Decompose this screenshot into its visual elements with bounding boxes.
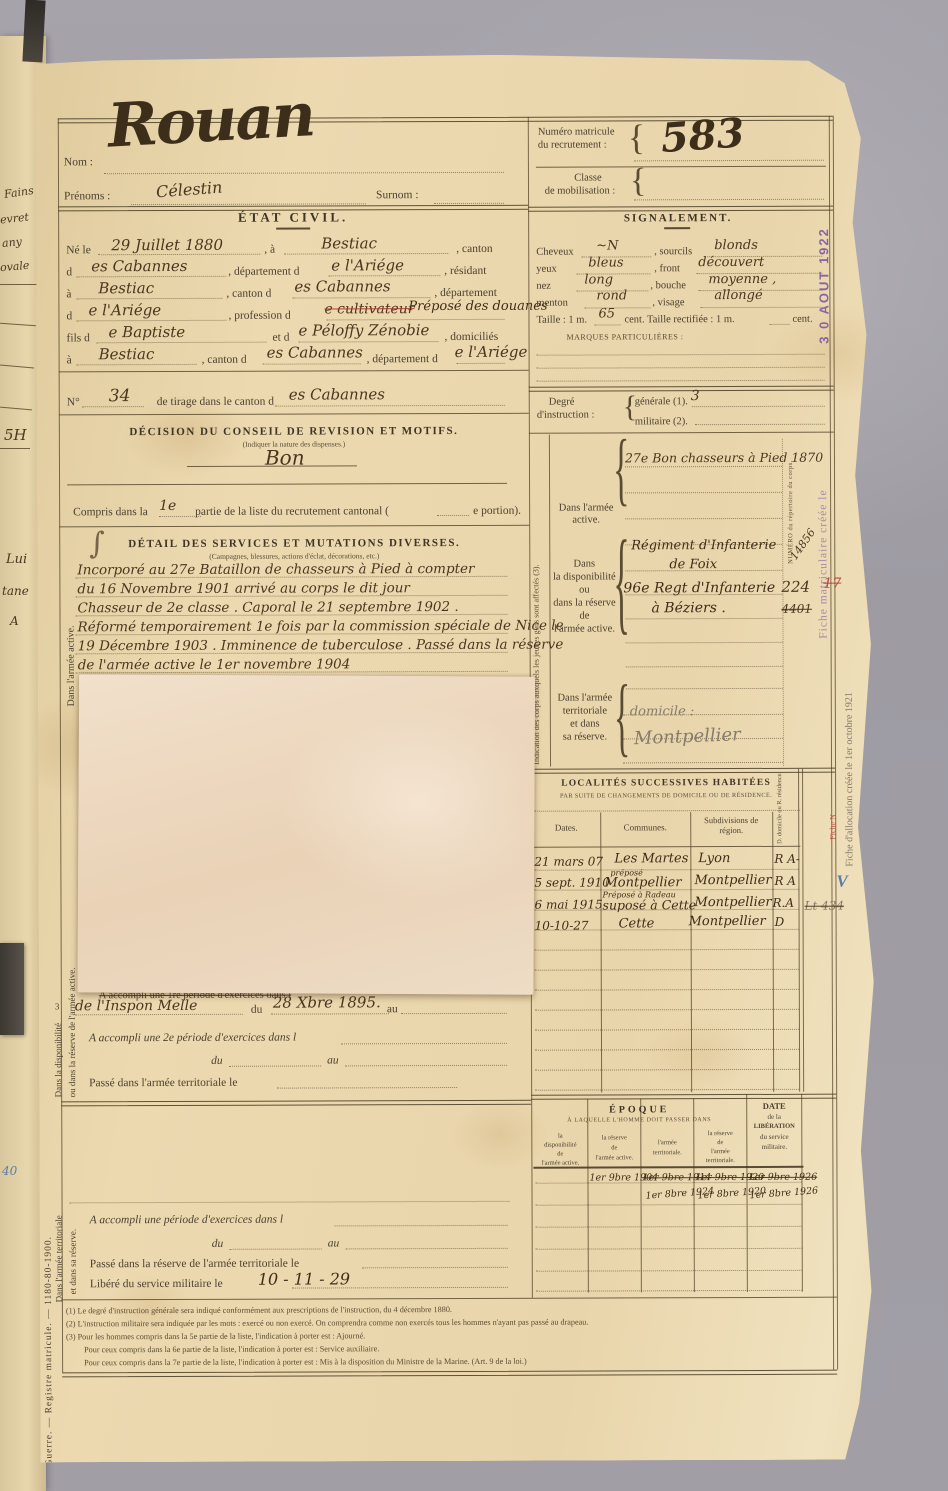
- epoque-date-l1: DATE: [747, 1102, 801, 1112]
- dark-bookmark-top: [22, 0, 45, 62]
- terr-p3: Libéré du service militaire le: [90, 1278, 223, 1292]
- services-line2: du 16 Novembre 1901 arrivé au corps le d…: [77, 580, 409, 597]
- tirage-number: 34: [109, 386, 131, 406]
- sig-nez-value: long: [584, 272, 613, 287]
- rule: [535, 1089, 799, 1091]
- loc-r2-dr: R A: [774, 874, 796, 888]
- corps-s2-l5: de: [551, 610, 617, 622]
- epoque-c4-l1: la réserve: [695, 1130, 745, 1138]
- rule: [626, 688, 783, 690]
- etat-r4-struck-value: e cultivateur: [324, 301, 414, 317]
- footnote-5: Pour ceux compris dans la 7e partie de l…: [84, 1356, 832, 1368]
- rule: [230, 1248, 322, 1249]
- blue-check-v: V: [836, 872, 847, 892]
- rule: [335, 1225, 508, 1227]
- sig-taille-end: cent.: [792, 314, 812, 326]
- etat-r1-label: Né le: [66, 244, 91, 257]
- decision-title: DÉCISION DU CONSEIL DE REVISION ET MOTIF…: [59, 425, 529, 439]
- classe-label: Classe: [548, 172, 628, 184]
- loc-r4-subdiv: Montpellier: [689, 914, 766, 929]
- etat-r5-label: fils d: [67, 332, 90, 345]
- rule: [284, 253, 448, 255]
- rule: [59, 525, 529, 528]
- instr-gen-label: générale (1).: [635, 396, 688, 408]
- epoque-c2-l1: la réserve: [589, 1134, 639, 1142]
- rule: [362, 1267, 508, 1269]
- edge-fragment: ovale: [0, 259, 30, 275]
- footnote-2: (2) L'instruction militaire sera indiqué…: [66, 1317, 832, 1329]
- sig-visage-label: , visage: [652, 297, 684, 309]
- reserve-hw1: de l'Inspon Melle: [75, 998, 198, 1014]
- etat-r6-mid: , canton d: [202, 354, 247, 367]
- rule-vertical: [802, 769, 804, 1092]
- services-line4: Réformé temporairement 1e fois par la co…: [78, 618, 564, 636]
- corps-num2: 224: [781, 578, 810, 596]
- rule: [769, 324, 789, 325]
- rule-vertical: [640, 1098, 642, 1292]
- edge-fragment-blue: 40: [2, 1164, 17, 1178]
- terr-liberation-date: 10 - 11 - 29: [258, 1269, 350, 1288]
- corps-s2-value1: Régiment d'Infanterie: [631, 538, 776, 554]
- rule: [695, 424, 825, 425]
- edge-rule: [0, 284, 38, 285]
- rule: [623, 762, 783, 764]
- rule: [328, 275, 440, 276]
- edge-fragment: tane: [2, 584, 29, 598]
- reserve-au2: au: [327, 1054, 339, 1067]
- decision-value: Bon: [265, 446, 305, 470]
- epoque-c2-l3: l'armée active.: [589, 1154, 639, 1162]
- flourish: ∫: [89, 526, 105, 561]
- etat-r2-label: d: [66, 266, 72, 279]
- rule: [700, 307, 822, 308]
- compris-label: Compris dans la: [73, 506, 148, 519]
- etat-r2-value1: es Cabannes: [91, 257, 187, 275]
- reserve-p2: A accompli une 2e période d'exercices da…: [89, 1032, 296, 1046]
- etat-r6-value3: e l'Ariége: [455, 343, 528, 361]
- etat-r5-value2: e Péloffy Zénobie: [298, 321, 429, 339]
- etat-r3-value1: Bestiac: [98, 279, 154, 297]
- epoque-c2-l2: de: [589, 1144, 639, 1152]
- marques-label: MARQUES PARTICULIÈRES :: [567, 332, 684, 341]
- rule: [625, 466, 782, 468]
- rule: [67, 483, 507, 486]
- rule: [532, 846, 800, 848]
- vert-label-reserve-1: Dans la disponibilité: [53, 922, 64, 1097]
- rule: [535, 969, 799, 971]
- rule: [61, 1100, 531, 1106]
- matricule-label2: du recrutement :: [538, 139, 628, 151]
- rule: [537, 354, 825, 356]
- etat-r2-value2: e l'Ariége: [331, 256, 404, 274]
- blank-paper-slip-overlay: [77, 674, 535, 994]
- etat-r1-value2: Bestiac: [321, 234, 377, 252]
- rule: [534, 869, 798, 871]
- rule: [59, 413, 529, 416]
- epoque-c3-l1: l'armée: [642, 1139, 692, 1147]
- rule: [76, 320, 226, 322]
- rule: [536, 166, 826, 168]
- vert-label-terr-2: et dans sa réserve.: [67, 1164, 78, 1294]
- sig-taille-rect: cent. Taille rectifiée : 1 m.: [624, 314, 734, 326]
- corps-s2-l3: ou: [551, 584, 617, 596]
- instr-mil-label: militaire (2).: [635, 416, 688, 428]
- epoque-v5-old: 1er 9bre 1926: [748, 1172, 817, 1183]
- rule: [299, 341, 439, 342]
- rule: [275, 405, 505, 407]
- rule: [346, 1248, 508, 1250]
- etat-r2-end: , résidant: [444, 265, 486, 278]
- rule: [263, 363, 361, 364]
- rule: [76, 276, 226, 278]
- etat-r1-end: , canton: [456, 243, 492, 256]
- vert-label-armee-active: Dans l'armée active.: [65, 546, 77, 706]
- loc-r2-date: 5 sept. 1910: [534, 875, 609, 889]
- matricule-value: 583: [659, 109, 746, 162]
- red-number-17: 17: [823, 576, 841, 592]
- etat-r3-value2: es Cabannes: [294, 277, 390, 295]
- loc-r4-date: 10-10-27: [535, 919, 589, 933]
- corps-s3-l4: sa réserve.: [552, 731, 618, 743]
- stamp-fiche-red-fragment: Fiche N: [828, 780, 837, 840]
- matricule-sheet: Guerre. — Registre matricule. — 1180-80-…: [36, 54, 881, 1463]
- terr-du: du: [212, 1238, 224, 1251]
- tirage-label: N°: [67, 396, 80, 409]
- rule-vertical: [833, 116, 838, 1370]
- corps-s2-l1: Dans: [551, 558, 617, 570]
- sig-visage-value: allongé: [714, 288, 762, 303]
- vert-label-terr-1: Dans l'armée territoriale: [53, 1152, 64, 1302]
- terr-p1: A accompli une période d'exercices dans …: [90, 1214, 283, 1228]
- epoque-c4-l4: territoriale.: [695, 1157, 745, 1165]
- etat-civil-title: ÉTAT CIVIL.: [58, 209, 528, 227]
- loc-r1-date: 21 mars 07: [534, 854, 603, 868]
- services-subtitle: (Campagnes, blessures, actions d'éclat, …: [59, 551, 529, 562]
- pencil-434-struck: Lt 434: [804, 899, 844, 913]
- rule: [537, 380, 825, 382]
- rule: [341, 1043, 507, 1045]
- edge-fragment: 5H: [4, 426, 27, 444]
- rule: [271, 1013, 389, 1014]
- reserve-du1: du: [251, 1004, 263, 1017]
- prenoms-value: Célestin: [155, 178, 223, 202]
- instr-label2: d'instruction :: [537, 410, 595, 422]
- stamp-date-1922: 3 0 AOUT 1922: [816, 234, 831, 344]
- sig-cheveux-value: ∼N: [596, 238, 618, 253]
- epoque-subtitle: À LAQUELLE L'HOMME DOIT PASSER DANS: [533, 1117, 745, 1124]
- sig-menton-label: menton: [536, 298, 568, 310]
- sig-menton-value: rond: [596, 288, 627, 303]
- etat-r3-label: à: [66, 288, 71, 301]
- rule: [277, 1087, 457, 1089]
- rule: [625, 518, 782, 520]
- rule: [97, 342, 267, 344]
- etat-r4-label: d: [66, 310, 72, 323]
- epoque-date-l3: LIBÉRATION: [747, 1123, 801, 1131]
- loc-r3-subdiv: Montpellier: [694, 895, 771, 910]
- epoque-c4-l2: de: [695, 1139, 745, 1147]
- rule-vertical: [798, 769, 800, 1092]
- services-line3: Chasseur de 2e classe . Caporal le 21 se…: [77, 599, 458, 616]
- etat-r3-mid: , canton d: [226, 288, 271, 301]
- etat-r1-mid: , à: [264, 244, 275, 257]
- prenoms-label: Prénoms :: [64, 190, 110, 203]
- rule: [537, 367, 825, 369]
- etat-r2-mid: , département d: [228, 266, 299, 279]
- localites-h-subdiv: Subdivisions de région.: [692, 816, 770, 836]
- corps-s3-value1: domicile :: [630, 704, 694, 719]
- sig-taille-value: 65: [598, 306, 615, 321]
- corps-s3-l2: territoriale: [552, 705, 618, 717]
- rule: [536, 1270, 802, 1272]
- rule: [62, 1370, 837, 1377]
- localites-h-dates: Dates.: [534, 823, 598, 834]
- matricule-brace: {: [628, 116, 645, 158]
- rule: [594, 324, 620, 325]
- rule: [345, 1065, 507, 1067]
- etat-r4-value1: e l'Ariége: [88, 301, 161, 319]
- sig-sourcils-value: blonds: [714, 238, 758, 253]
- etat-r4-value2: Préposé des douanes: [408, 299, 547, 314]
- rule: [626, 642, 783, 644]
- title-underline: [276, 228, 310, 230]
- footnote-4: Pour ceux compris dans la 6e partie de l…: [84, 1343, 832, 1355]
- corps-s2-value2: de Foix: [669, 557, 717, 572]
- epoque-c3-l2: territoriale.: [642, 1149, 692, 1157]
- sig-front-value: découvert: [698, 255, 764, 270]
- rule: [535, 1069, 799, 1071]
- etat-r6-value2: es Cabannes: [267, 343, 363, 361]
- sig-yeux-label: yeux: [536, 264, 556, 276]
- sig-cheveux-label: Cheveux: [536, 247, 573, 259]
- localites-subtitle: PAR SUITE DE CHANGEMENTS DE DOMICILE OU …: [532, 792, 800, 800]
- loc-r2-commune: Montpellier: [604, 875, 681, 890]
- services-title: DÉTAIL DES SERVICES ET MUTATIONS DIVERSE…: [59, 537, 529, 551]
- corps-s2-l6: l'armée active.: [552, 623, 618, 635]
- edge-rule: [0, 448, 30, 449]
- vert-label-reserve-2: ou dans la réserve de l'armée active.: [67, 902, 78, 1097]
- corps-s2-value3: 96e Regt d'Infanterie: [623, 580, 775, 597]
- services-line6: de l'armée active le 1er novembre 1904: [78, 656, 351, 673]
- localites-h-communes: Communes.: [602, 822, 688, 833]
- corps-s2-l2: la disponibilité: [551, 571, 617, 583]
- corps-s3-l1: Dans l'armée: [552, 692, 618, 704]
- localites-h-dr: D. domicile ou R. résidence.: [776, 772, 784, 844]
- loc-r4-dr: D: [775, 915, 785, 929]
- epoque-c1-l1: la: [535, 1133, 585, 1141]
- rule: [529, 432, 834, 434]
- epoque-title: ÉPOQUE: [533, 1104, 745, 1116]
- reserve-p3: Passé dans l'armée territoriale le: [89, 1077, 237, 1091]
- edge-fragment: Fains: [3, 184, 34, 201]
- sig-sourcils-label: , sourcils: [654, 246, 692, 258]
- rule: [625, 492, 782, 494]
- rule: [70, 1201, 510, 1204]
- edge-fragment: any: [1, 235, 22, 250]
- compris-value: 1e: [159, 498, 176, 514]
- etat-r6-label: à: [67, 354, 72, 367]
- tirage-text: de tirage dans le canton d: [157, 396, 274, 410]
- sig-bouche-label: , bouche: [650, 280, 686, 292]
- etat-r6-value1: Bestiac: [99, 345, 155, 363]
- instr-gen-value: 3: [691, 388, 700, 404]
- etat-r5-value1: e Baptiste: [108, 323, 185, 341]
- edge-fragment: A: [10, 614, 19, 628]
- services-line5: 19 Décembre 1903 . Imminence de tubercul…: [78, 637, 564, 655]
- rule: [401, 1013, 507, 1014]
- epoque-date-l2: de la: [747, 1113, 801, 1121]
- sig-front-label: , front: [654, 263, 680, 275]
- compris-text: partie de la liste du recrutement canton…: [195, 505, 389, 519]
- reserve-au1: au: [387, 1003, 398, 1016]
- rule: [535, 949, 799, 951]
- reserve-hw2: 28 Xbre 1895.: [273, 993, 381, 1011]
- matricule-label: Numéro matricule: [538, 126, 628, 138]
- loc-r4-commune: Cette: [619, 916, 655, 931]
- epoque-c1-l3: de: [535, 1151, 585, 1159]
- stamp-fiche-allocation: Fiche d'allocation créée le 1er octobre …: [843, 522, 855, 867]
- classe-brace: {: [630, 162, 646, 200]
- compris-end: e portion).: [473, 505, 521, 518]
- rule: [535, 1049, 799, 1051]
- loc-r3-dr: R.A: [772, 896, 794, 910]
- rule: [529, 386, 834, 392]
- rule: [535, 1009, 799, 1011]
- rule: [530, 768, 835, 774]
- loc-r3-commune: suposé à Cette: [602, 897, 696, 912]
- rule: [536, 1290, 802, 1292]
- services-line1: Incorporé au 27e Bataillon de chasseurs …: [77, 561, 474, 578]
- rule: [536, 1226, 802, 1228]
- terr-au: au: [328, 1237, 340, 1250]
- rule: [59, 370, 529, 373]
- edge-rule: [0, 407, 32, 411]
- localites-title: LOCALITÉS SUCCESSIVES HABITÉES: [532, 778, 800, 789]
- epoque-date-l5: militaire.: [747, 1143, 801, 1151]
- edge-rule: [0, 323, 36, 327]
- loc-r2-subdiv: Montpellier: [694, 873, 771, 888]
- nom-label: Nom :: [64, 156, 93, 169]
- rule: [626, 618, 783, 620]
- loc-r1-commune: Les Martes: [614, 851, 688, 866]
- epoque-c4-l3: l'armée: [695, 1148, 745, 1156]
- dark-tab-left: [0, 943, 24, 1035]
- sig-bouche-value: moyenne ,: [708, 272, 776, 287]
- rule: [76, 298, 222, 300]
- rule: [104, 172, 504, 174]
- edge-fragment: Lui: [6, 552, 27, 567]
- loc-r1-dr: R A-: [774, 852, 800, 866]
- rule-vertical: [587, 1099, 589, 1293]
- etat-r4-mid: , profession d: [228, 310, 290, 323]
- sig-nez-label: nez: [536, 281, 551, 293]
- edge-rule: [0, 365, 34, 369]
- reserve-du2: du: [211, 1055, 223, 1068]
- rule: [82, 406, 144, 407]
- title-underline: [664, 227, 690, 229]
- footnote-1: (1) Le degré d'instruction générale sera…: [66, 1304, 832, 1316]
- rule: [584, 307, 650, 308]
- corps-s1-value: 27e Bon chasseurs à Pied 1870: [625, 450, 823, 466]
- rule: [437, 515, 469, 516]
- corps-s3-l3: et dans: [552, 718, 618, 730]
- corps-s2-value4: à Béziers .: [651, 600, 725, 616]
- rule: [531, 1094, 836, 1100]
- etat-r1-value1: 29 Juillet 1880: [111, 236, 223, 254]
- loc-r1-subdiv: Lyon: [698, 851, 730, 866]
- epoque-c1-l4: l'armée active.: [535, 1160, 585, 1168]
- scanned-register-page: Fains evret any ovale 5H Lui tane A 40 G…: [0, 0, 948, 1491]
- loc-r3-date: 6 mai 1915: [534, 897, 602, 911]
- classe-label2: de mobilisation :: [532, 185, 628, 197]
- epoque-c1-l2: disponibilité: [535, 1142, 585, 1150]
- edge-fragment: evret: [0, 211, 30, 227]
- sig-yeux-value: bleus: [588, 255, 623, 270]
- corps-s1-label: Dans l'armée active.: [555, 502, 617, 526]
- rule: [77, 364, 197, 365]
- surnom-label: Surnom :: [376, 189, 419, 202]
- signalement-title: SIGNALEMENT.: [528, 212, 828, 225]
- corps-s1-brace: {: [613, 426, 630, 517]
- instr-label1: Degré: [549, 397, 575, 409]
- epoque-date-l4: du service: [747, 1133, 801, 1141]
- sig-taille-label: Taille : 1 m.: [536, 315, 587, 327]
- rule: [536, 1248, 802, 1250]
- rule: [62, 1297, 837, 1301]
- rule: [528, 206, 833, 212]
- corps-s3-value2: Montpellier: [634, 724, 742, 749]
- corps-num3-struck: 4401: [781, 602, 812, 616]
- etat-r6-end: , département d: [367, 353, 438, 366]
- rule: [535, 989, 799, 991]
- corps-s3-brace: {: [614, 670, 631, 769]
- footnote-3: (3) Pour les hommes compris dans la 5e p…: [66, 1330, 832, 1342]
- rule: [534, 810, 800, 812]
- rule: [692, 406, 825, 407]
- stamp-fiche-matriculaire: Fiche matriculaire créée le: [817, 349, 830, 639]
- corps-s2-l4: dans la réserve: [551, 597, 617, 609]
- rule: [626, 666, 783, 668]
- nom-value: Rouan: [106, 80, 316, 161]
- rule: [535, 1029, 799, 1031]
- rule: [457, 363, 505, 364]
- rule: [634, 199, 824, 201]
- tirage-canton: es Cabannes: [289, 385, 385, 403]
- rule: [536, 1204, 802, 1206]
- rule: [229, 1065, 321, 1066]
